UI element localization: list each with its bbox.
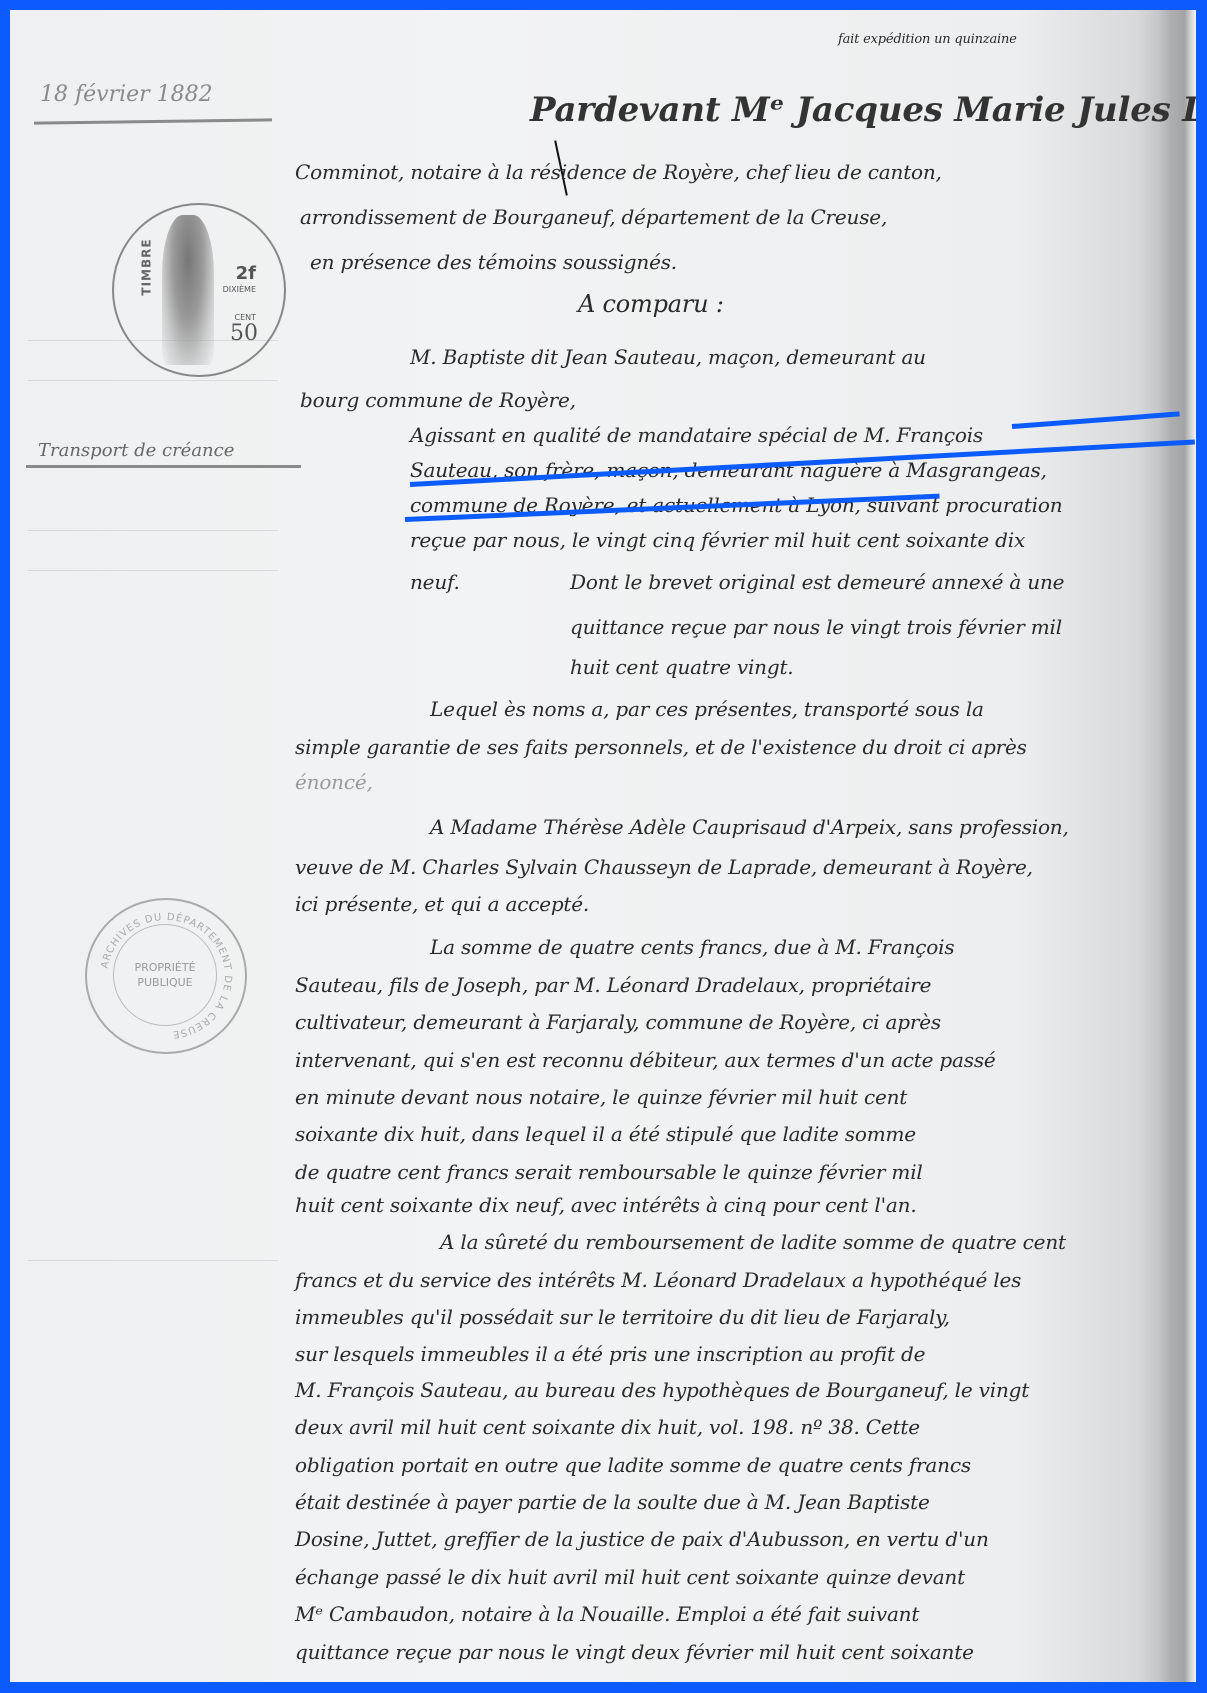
- margin-title: Transport de créance: [38, 440, 234, 461]
- body-line: Sauteau, fils de Joseph, par M. Léonard …: [295, 973, 931, 997]
- stamp-value-top: 2f: [236, 263, 256, 284]
- body-line: veuve de M. Charles Sylvain Chausseyn de…: [295, 855, 1033, 879]
- margin-date: 18 février 1882: [40, 82, 213, 107]
- body-line: Comminot, notaire à la résidence de Royè…: [295, 160, 942, 184]
- body-line: huit cent soixante dix neuf, avec intérê…: [295, 1193, 916, 1217]
- body-line: en minute devant nous notaire, le quinze…: [295, 1085, 907, 1109]
- margin-ghost-line: [28, 1260, 278, 1261]
- body-line: bourg commune de Royère,: [300, 388, 576, 412]
- body-line: cultivateur, demeurant à Farjaraly, comm…: [295, 1010, 941, 1034]
- stamp-value-bottom: 50: [230, 321, 258, 346]
- margin-ghost-line: [28, 380, 278, 381]
- body-line: Dont le brevet original est demeuré anne…: [570, 570, 1064, 594]
- body-line: deux avril mil huit cent soixante dix hu…: [295, 1415, 920, 1439]
- margin-date-underline: [34, 118, 272, 124]
- stamp-value-top-sub: DIXIÈME: [223, 285, 256, 294]
- body-line: intervenant, qui s'en est reconnu débite…: [295, 1048, 996, 1072]
- body-line: simple garantie de ses faits personnels,…: [295, 735, 1027, 759]
- document-page: 18 février 1882 TIMBRE 2f DIXIÈME CENT 5…: [10, 10, 1196, 1682]
- highlight-underline-1: [1012, 411, 1180, 429]
- body-line: quittance reçue par nous le vingt deux f…: [295, 1640, 974, 1664]
- body-line: Lequel ès noms a, par ces présentes, tra…: [430, 697, 984, 721]
- body-line: ici présente, et qui a accepté.: [295, 892, 589, 916]
- body-line: en présence des témoins soussignés.: [310, 250, 677, 274]
- body-line: quittance reçue par nous le vingt trois …: [570, 615, 1062, 639]
- body-line: soixante dix huit, dans lequel il a été …: [295, 1122, 916, 1146]
- body-line: neuf.: [410, 570, 460, 594]
- body-line: énoncé,: [295, 770, 373, 794]
- page-fold-shadow: [1158, 10, 1196, 1682]
- justice-figure-icon: [162, 215, 214, 365]
- archive-stamp: ARCHIVES DU DÉPARTEMENT DE LA CREUSE PRO…: [85, 898, 247, 1054]
- body-line: de quatre cent francs serait remboursabl…: [295, 1160, 923, 1184]
- section-heading: A comparu :: [578, 290, 724, 318]
- body-line: arrondissement de Bourganeuf, départemen…: [300, 205, 887, 229]
- margin-ghost-line: [28, 570, 278, 571]
- body-line: Mᵉ Cambaudon, notaire à la Nouaille. Emp…: [295, 1602, 919, 1626]
- body-line: M. François Sauteau, au bureau des hypot…: [295, 1378, 1029, 1402]
- body-line: était destinée à payer partie de la soul…: [295, 1490, 930, 1514]
- body-line: A Madame Thérèse Adèle Cauprisaud d'Arpe…: [430, 815, 1069, 839]
- body-line: obligation portait en outre que ladite s…: [295, 1453, 971, 1477]
- body-line: La somme de quatre cents francs, due à M…: [430, 935, 954, 959]
- body-line: sur lesquels immeubles il a été pris une…: [295, 1342, 925, 1366]
- body-line: immeubles qu'il possédait sur le territo…: [295, 1305, 950, 1329]
- body-line: huit cent quatre vingt.: [570, 655, 793, 679]
- deed-title: Pardevant Mᵉ Jacques Marie Jules Lévesqu…: [530, 90, 1196, 130]
- body-line: reçue par nous, le vingt cinq février mi…: [410, 528, 1025, 552]
- body-line: Agissant en qualité de mandataire spécia…: [410, 423, 983, 447]
- margin-ghost-line: [28, 530, 278, 531]
- stamp-label: TIMBRE: [140, 238, 154, 295]
- tax-stamp-timbre: TIMBRE 2f DIXIÈME CENT 50: [112, 203, 286, 377]
- body-line: A la sûreté du remboursement de ladite s…: [440, 1230, 1066, 1254]
- body-line: échange passé le dix huit avril mil huit…: [295, 1565, 965, 1589]
- archive-stamp-center: PROPRIÉTÉ PUBLIQUE: [113, 924, 217, 1026]
- margin-title-underline: [26, 465, 301, 468]
- archive-stamp-line2: PUBLIQUE: [137, 975, 192, 990]
- body-line: Dosine, Juttet, greffier de la justice d…: [295, 1527, 989, 1551]
- archive-stamp-line1: PROPRIÉTÉ: [134, 960, 195, 975]
- body-line: francs et du service des intérêts M. Léo…: [295, 1268, 1021, 1292]
- body-line: M. Baptiste dit Jean Sauteau, maçon, dem…: [410, 345, 926, 369]
- top-annotation: fait expédition un quinzaine: [838, 32, 1017, 47]
